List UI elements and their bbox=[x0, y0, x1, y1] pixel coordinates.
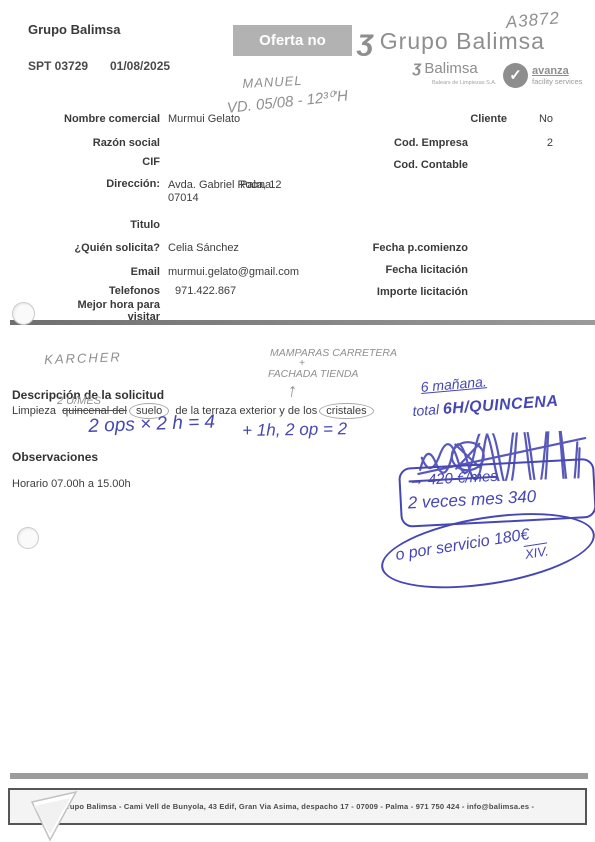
arrow-up-mark: ↑ bbox=[286, 380, 298, 403]
grupo-balimsa-logo: ʒ Grupo Balimsa bbox=[358, 27, 545, 55]
offer-date: 01/08/2025 bbox=[110, 59, 170, 73]
footer-box: Grupo Balimsa - Cami Vell de Bunyola, 43… bbox=[8, 788, 587, 825]
label-telefonos: Telefonos bbox=[25, 285, 160, 297]
value-quien-solicita: Celia Sánchez bbox=[168, 242, 239, 254]
handwritten-morning-note: 6 mañana. bbox=[420, 373, 487, 395]
label-nombre-comercial: Nombre comercial bbox=[25, 113, 160, 125]
handwritten-old-price: → 420 €/mes bbox=[408, 468, 498, 490]
balimsa-logo-text: Balimsa bbox=[424, 60, 477, 77]
label-email: Email bbox=[25, 266, 160, 278]
value-cliente: No bbox=[523, 113, 553, 125]
value-direccion-city: Palma bbox=[240, 179, 271, 191]
avanza-logo: ✓ avanza facility services bbox=[503, 63, 582, 88]
label-cliente: Cliente bbox=[377, 113, 507, 125]
avanza-logo-text: avanza bbox=[532, 65, 582, 77]
handwritten-mamparas-line1: MAMPARAS CARRETERA bbox=[270, 347, 397, 359]
hole-punch-top bbox=[12, 302, 35, 325]
total-prefix: total bbox=[412, 401, 440, 419]
handwritten-xiv-note: XIV. bbox=[524, 543, 550, 562]
label-cod-contable: Cod. Contable bbox=[338, 159, 468, 171]
total-value: 6H/QUINCENA bbox=[442, 393, 559, 418]
value-email: murmui.gelato@gmail.com bbox=[168, 266, 299, 278]
balimsa-logo: ʒ Balimsa bbox=[413, 59, 478, 77]
label-titulo: Titulo bbox=[25, 219, 160, 231]
hole-punch-bottom bbox=[17, 527, 39, 549]
status-badge: Oferta no enviada bbox=[233, 25, 352, 56]
label-importe-licitacion: Importe licitación bbox=[338, 286, 468, 298]
value-telefonos: 971.422.867 bbox=[175, 285, 236, 297]
handwritten-name-note: MANUEL bbox=[242, 73, 303, 91]
check-icon: ✓ bbox=[503, 63, 528, 88]
balimsa-tagline: Balears de Limpiezas S.A. bbox=[432, 80, 497, 86]
old-price-text: → 420 €/mes bbox=[408, 468, 498, 490]
label-cod-empresa: Cod. Empresa bbox=[338, 137, 468, 149]
company-name: Grupo Balimsa bbox=[28, 22, 120, 37]
swoosh-icon-small: ʒ bbox=[413, 59, 421, 77]
description-seg1: Limpieza bbox=[12, 405, 56, 417]
grupo-balimsa-logo-text: Grupo Balimsa bbox=[380, 28, 545, 55]
label-fecha-pcomienzo: Fecha p.comienzo bbox=[338, 242, 468, 254]
value-cod-empresa: 2 bbox=[523, 137, 553, 149]
label-quien-solicita: ¿Quién solicita? bbox=[25, 242, 160, 254]
label-direccion: Dirección: bbox=[25, 178, 160, 190]
handwritten-total-note: total 6H/QUINCENA bbox=[412, 393, 559, 421]
handwritten-calc-2: + 1h, 2 op = 2 bbox=[242, 419, 347, 441]
observations-text: Horario 07.00h a 15.00h bbox=[12, 478, 131, 490]
footer-bar bbox=[10, 773, 588, 779]
label-razon-social: Razón social bbox=[25, 137, 160, 149]
swoosh-icon: ʒ bbox=[358, 27, 374, 55]
handwritten-per-service-price: o por servicio 180€ bbox=[394, 526, 530, 565]
label-fecha-licitacion: Fecha licitación bbox=[338, 264, 468, 276]
handwritten-karcher-note: KARCHER bbox=[44, 349, 122, 367]
page-corner-fold bbox=[20, 788, 92, 842]
value-nombre-comercial: Murmui Gelato bbox=[168, 113, 240, 125]
avanza-logo-subtext: facility services bbox=[532, 77, 582, 86]
handwritten-new-price: 2 veces mes 340 bbox=[407, 487, 536, 514]
observations-heading: Observaciones bbox=[12, 450, 98, 464]
footer-text: Grupo Balimsa - Cami Vell de Bunyola, 43… bbox=[61, 802, 535, 811]
offer-reference: SPT 03729 bbox=[28, 59, 88, 73]
scanned-offer-document: Grupo Balimsa SPT 03729 01/08/2025 Ofert… bbox=[0, 0, 595, 842]
handwritten-calc-1: 2 ops × 2 h = 4 bbox=[88, 412, 215, 438]
circled-word-cristales: cristales bbox=[319, 403, 373, 419]
handwritten-mamparas-line2: FACHADA TIENDA bbox=[268, 368, 358, 380]
value-direccion-postal: 07014 bbox=[168, 192, 199, 204]
label-cif: CIF bbox=[25, 156, 160, 168]
section-divider bbox=[10, 320, 595, 325]
